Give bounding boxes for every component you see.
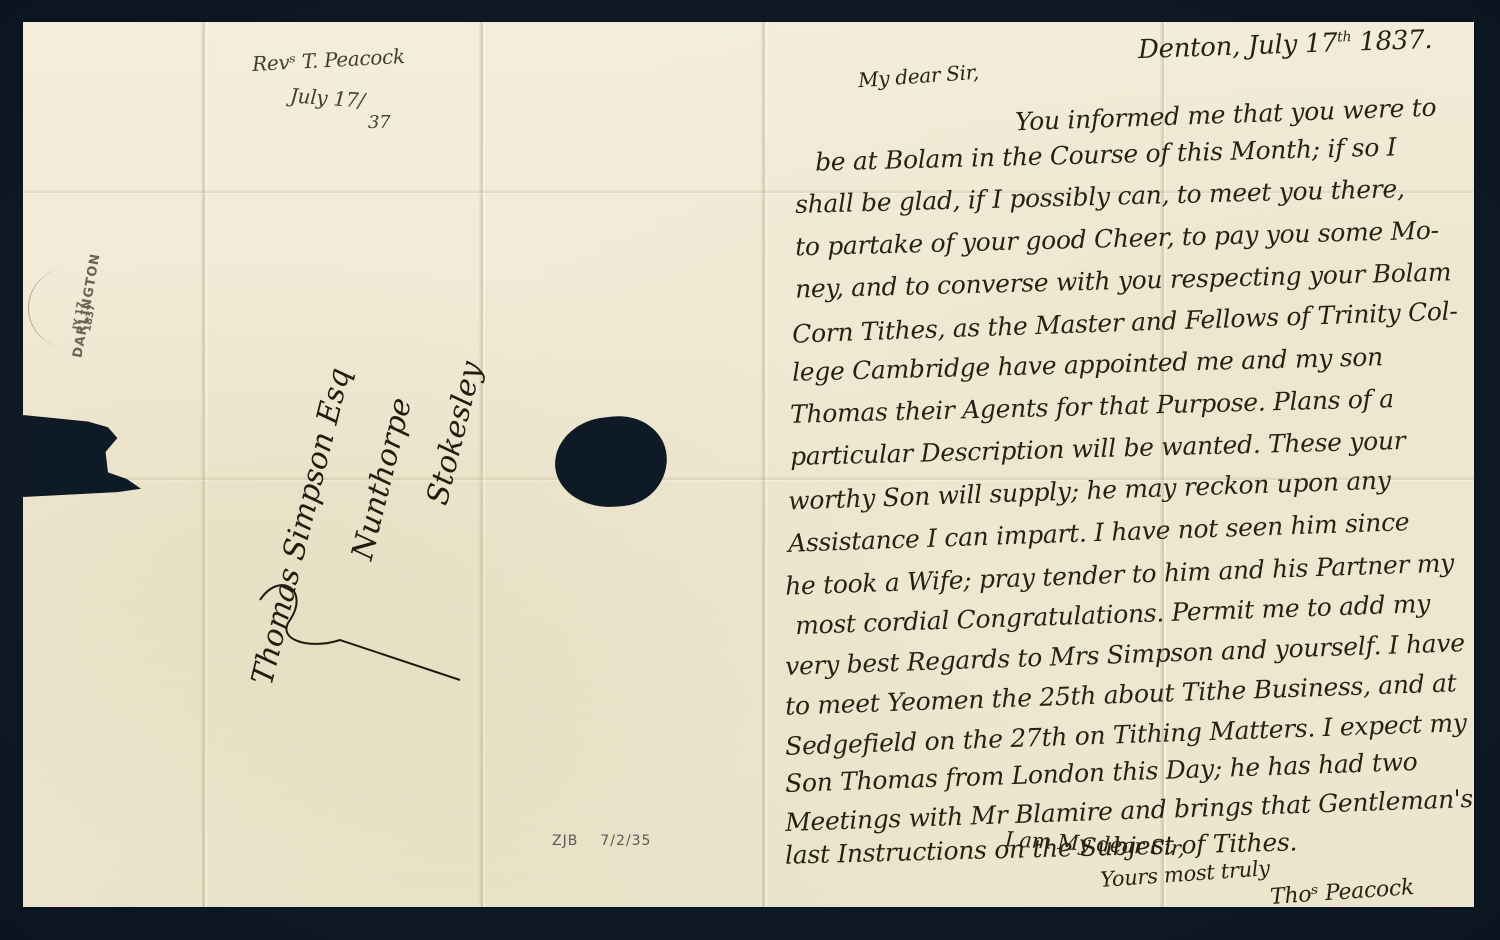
postmark-stamp: DARLINGTON JY 17 1837 xyxy=(28,268,108,348)
docket-year: 37 xyxy=(368,112,390,133)
docket-date: July 17/ xyxy=(289,83,365,112)
address-flourish xyxy=(250,560,470,690)
fold-line xyxy=(201,22,209,907)
fold-line xyxy=(761,22,769,907)
archive-reference: ZJB7/2/35 xyxy=(552,833,673,849)
fold-line xyxy=(479,22,487,907)
